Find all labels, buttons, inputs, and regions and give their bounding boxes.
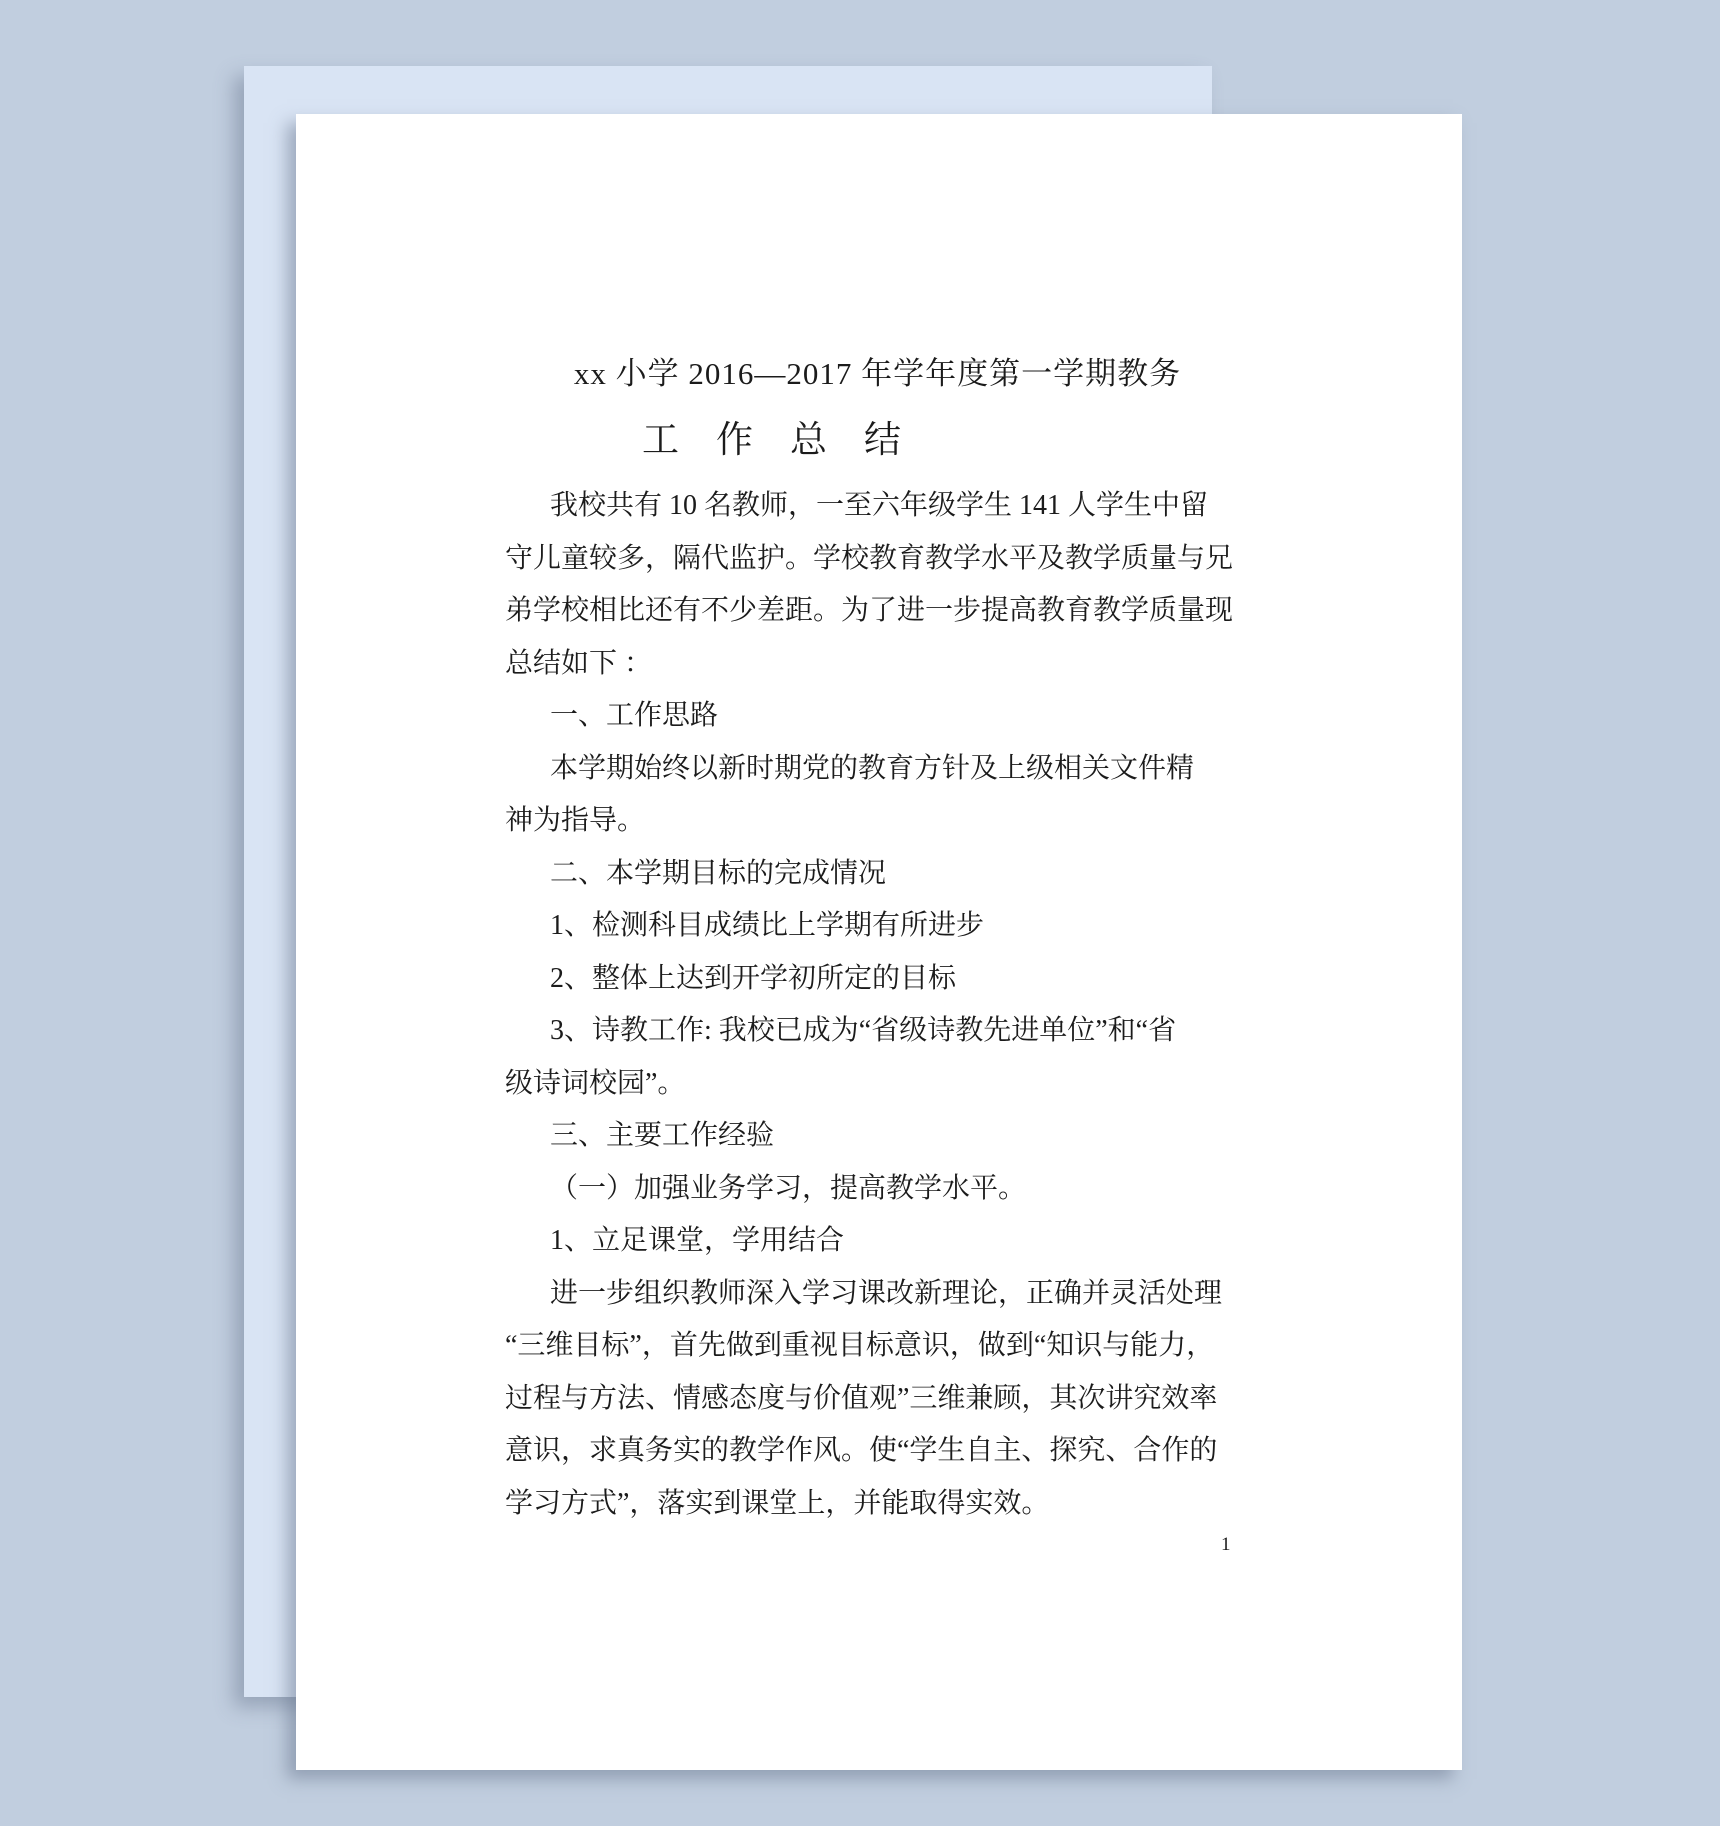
text-line: 守儿童较多，隔代监护。学校教育教学水平及教学质量与兄	[505, 533, 1250, 586]
document-title-line2: 工 作 总 结	[399, 418, 1144, 464]
text-line: 神为指导。	[505, 795, 1250, 848]
text-line: 学习方式”，落实到课堂上，并能取得实效。	[505, 1478, 1250, 1531]
text-line: 一、工作思路	[505, 690, 1250, 743]
document-content: xx 小学 2016—2017 年学年度第一学期教务 工 作 总 结 我校共有 …	[505, 355, 1250, 1530]
text-line: 进一步组织教师深入学习课改新理论，正确并灵活处理	[505, 1268, 1250, 1321]
document-body: 我校共有 10 名教师，一至六年级学生 141 人学生中留守儿童较多，隔代监护。…	[505, 480, 1250, 1530]
text-line: 弟学校相比还有不少差距。为了进一步提高教育教学质量现	[505, 585, 1250, 638]
document-title-line1: xx 小学 2016—2017 年学年度第一学期教务	[505, 355, 1250, 393]
text-line: “三维目标”，首先做到重视目标意识，做到“知识与能力，	[505, 1320, 1250, 1373]
text-line: 本学期始终以新时期党的教育方针及上级相关文件精	[505, 743, 1250, 796]
text-line: 二、本学期目标的完成情况	[505, 848, 1250, 901]
text-line: 三、主要工作经验	[505, 1110, 1250, 1163]
text-line: （一）加强业务学习，提高教学水平。	[505, 1163, 1250, 1216]
text-line: 总结如下 ：	[505, 638, 1250, 691]
document-page: xx 小学 2016—2017 年学年度第一学期教务 工 作 总 结 我校共有 …	[296, 114, 1462, 1770]
text-line: 1、检测科目成绩比上学期有所进步	[505, 900, 1250, 953]
text-line: 2、整体上达到开学初所定的目标	[505, 953, 1250, 1006]
page-number: 1	[1221, 1534, 1231, 1556]
text-line: 1、立足课堂，学用结合	[505, 1215, 1250, 1268]
text-line: 级诗词校园”。	[505, 1058, 1250, 1111]
desk-background: xx 小学 2016—2017 年学年度第一学期教务 工 作 总 结 我校共有 …	[0, 0, 1720, 1826]
text-line: 过程与方法、情感态度与价值观”三维兼顾，其次讲究效率	[505, 1373, 1250, 1426]
text-line: 3、诗教工作: 我校已成为“省级诗教先进单位”和“省	[505, 1005, 1250, 1058]
text-line: 意识，求真务实的教学作风。使“学生自主、探究、合作的	[505, 1425, 1250, 1478]
text-line: 我校共有 10 名教师，一至六年级学生 141 人学生中留	[505, 480, 1250, 533]
